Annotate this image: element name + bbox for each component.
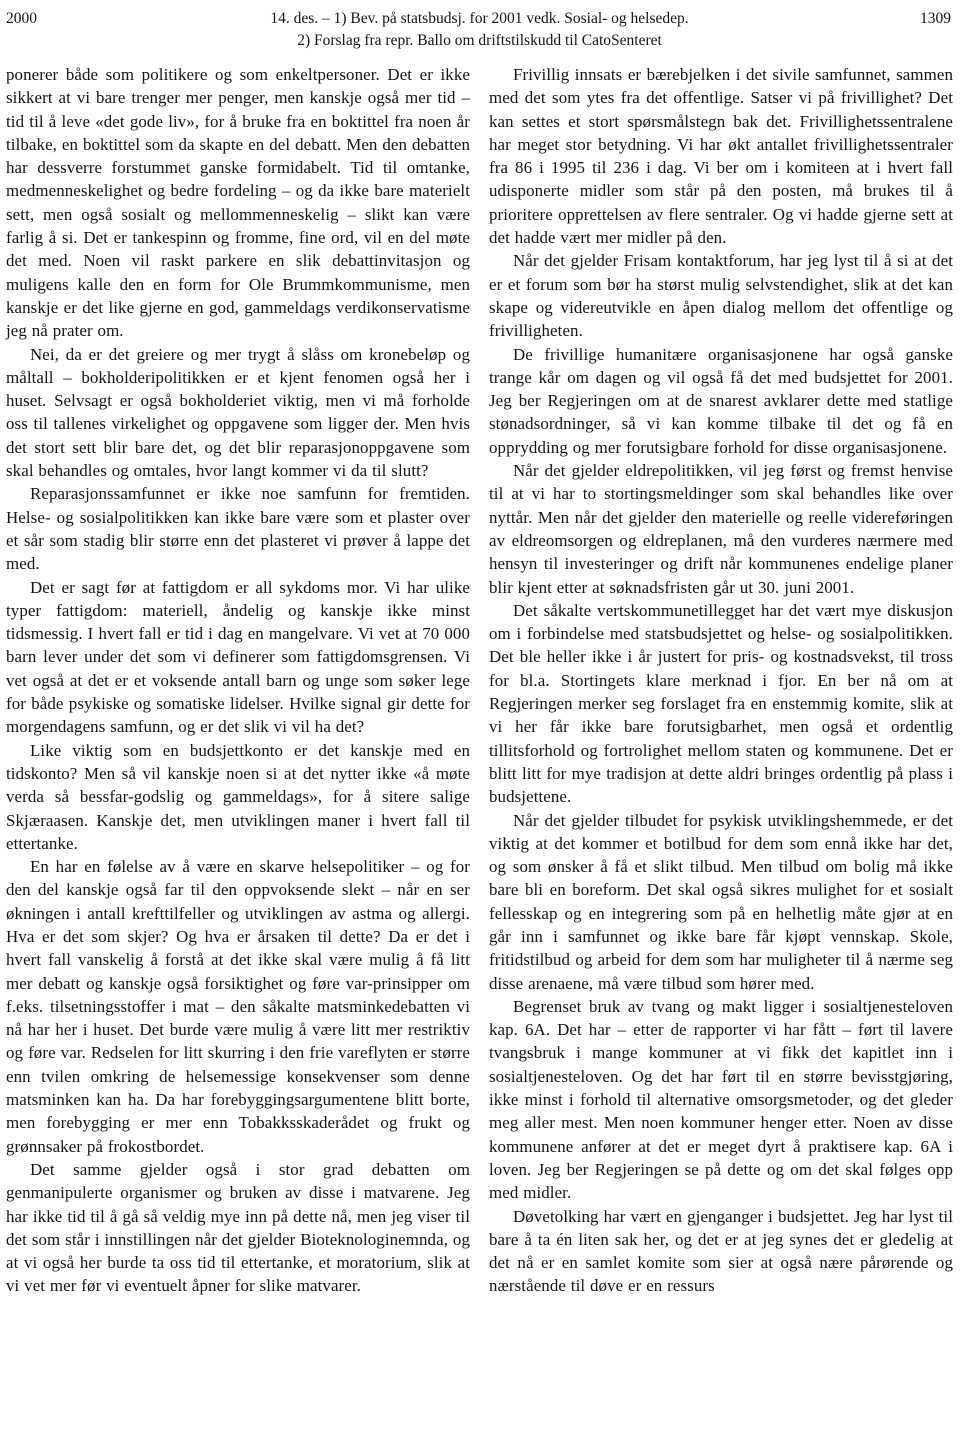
paragraph: Når det gjelder Frisam kontaktforum, har… [489,249,953,342]
paragraph: Det er sagt før at fattigdom er all sykd… [6,576,470,739]
paragraph: Like viktig som en budsjettkonto er det … [6,739,470,855]
text-columns: ponerer både som politikere og som enkel… [6,63,953,1298]
header-page-number: 1309 [920,8,951,30]
paragraph: Nei, da er det greiere og mer trygt å sl… [6,343,470,483]
document-page: 2000 1309 14. des. – 1) Bev. på statsbud… [0,0,960,1438]
paragraph: Døvetolking har vært en gjenganger i bud… [489,1205,953,1298]
running-header: 2000 1309 14. des. – 1) Bev. på statsbud… [6,8,953,56]
paragraph: Når det gjelder eldrepolitikken, vil jeg… [489,459,953,599]
paragraph: Begrenset bruk av tvang og makt ligger i… [489,995,953,1205]
paragraph: De frivillige humanitære organisasjonene… [489,343,953,459]
right-column: Frivillig innsats er bærebjelken i det s… [489,63,953,1298]
header-year: 2000 [6,8,37,30]
paragraph: Frivillig innsats er bærebjelken i det s… [489,63,953,249]
paragraph: Reparasjonssamfunnet er ikke noe samfunn… [6,482,470,575]
paragraph: Det såkalte vertskommunetillegget har de… [489,599,953,809]
header-title-line2: 2) Forslag fra repr. Ballo om driftstils… [6,30,953,52]
paragraph: En har en følelse av å være en skarve he… [6,855,470,1158]
paragraph: Når det gjelder tilbudet for psykisk utv… [489,809,953,995]
header-title-line1: 14. des. – 1) Bev. på statsbudsj. for 20… [6,8,953,30]
paragraph: ponerer både som politikere og som enkel… [6,63,470,343]
left-column: ponerer både som politikere og som enkel… [6,63,470,1298]
paragraph: Det samme gjelder også i stor grad debat… [6,1158,470,1298]
